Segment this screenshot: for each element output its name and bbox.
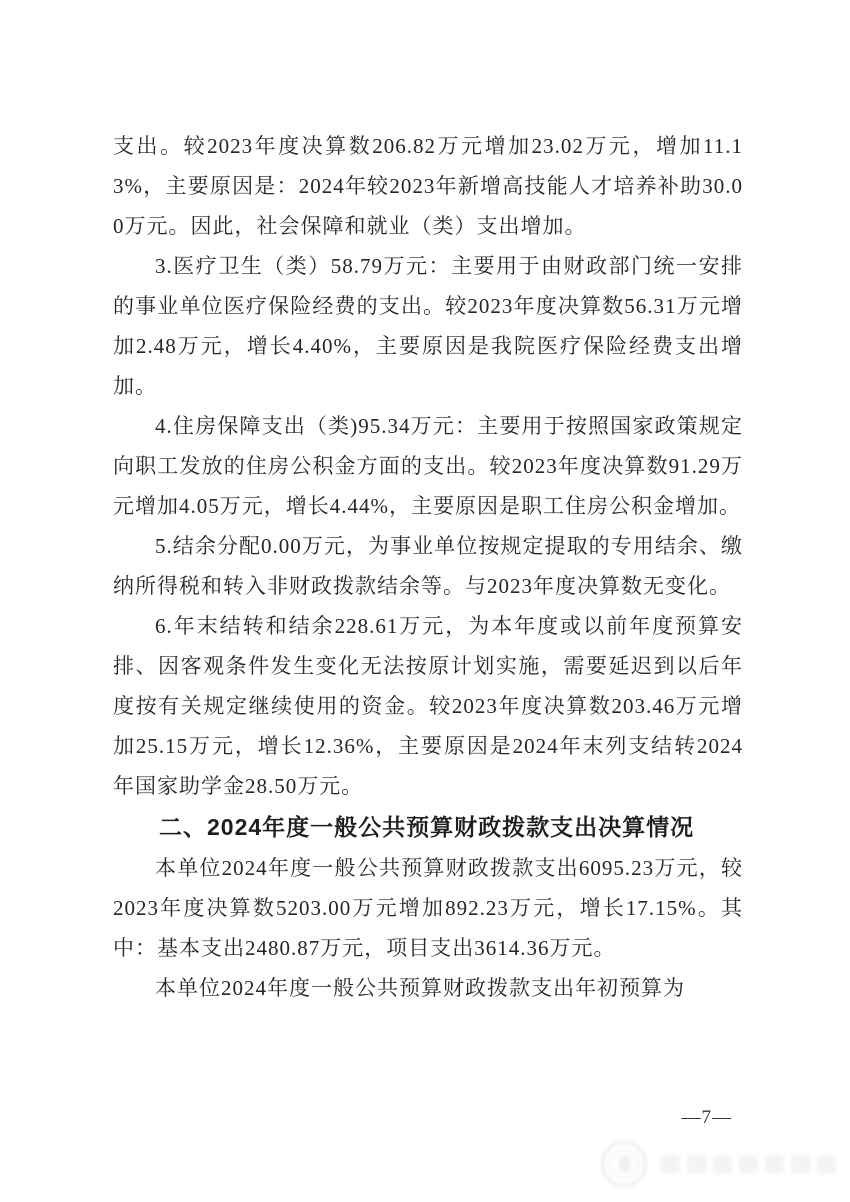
watermark-glyph	[713, 1155, 732, 1174]
watermark-glyph	[791, 1155, 810, 1174]
watermark-glyph	[687, 1155, 706, 1174]
watermark-text-blur	[661, 1155, 836, 1174]
document-body: 支出。较2023年度决算数206.82万元增加23.02万元，增加11.13%，…	[113, 126, 743, 1008]
watermark-glyph	[739, 1155, 758, 1174]
page-number: —7—	[682, 1104, 733, 1132]
watermark-glyph	[765, 1155, 784, 1174]
watermark-glyph	[817, 1155, 836, 1174]
paragraph-section2-next: 本单位2024年度一般公共预算财政拨款支出年初预算为	[113, 968, 743, 1008]
watermark-glyph	[661, 1155, 680, 1174]
document-page: 支出。较2023年度决算数206.82万元增加23.02万元，增加11.13%，…	[0, 0, 850, 1202]
paragraph-continuation: 支出。较2023年度决算数206.82万元增加23.02万元，增加11.13%，…	[113, 126, 743, 246]
paragraph-item6-carryover: 6.年末结转和结余228.61万元，为本年度或以前年度预算安排、因客观条件发生变…	[113, 606, 743, 806]
section-2-heading: 二、2024年度一般公共预算财政拨款支出决算情况	[113, 806, 743, 848]
paragraph-item3-medical: 3.医疗卫生（类）58.79万元：主要用于由财政部门统一安排的事业单位医疗保险经…	[113, 246, 743, 406]
paragraph-item4-housing: 4.住房保障支出（类)95.34万元：主要用于按照国家政策规定向职工发放的住房公…	[113, 406, 743, 526]
watermark	[601, 1141, 836, 1187]
paragraph-section2-summary: 本单位2024年度一般公共预算财政拨款支出6095.23万元，较2023年度决算…	[113, 848, 743, 968]
watermark-seal-icon	[601, 1141, 647, 1187]
paragraph-item5-surplus: 5.结余分配0.00万元，为事业单位按规定提取的专用结余、缴纳所得税和转入非财政…	[113, 526, 743, 606]
